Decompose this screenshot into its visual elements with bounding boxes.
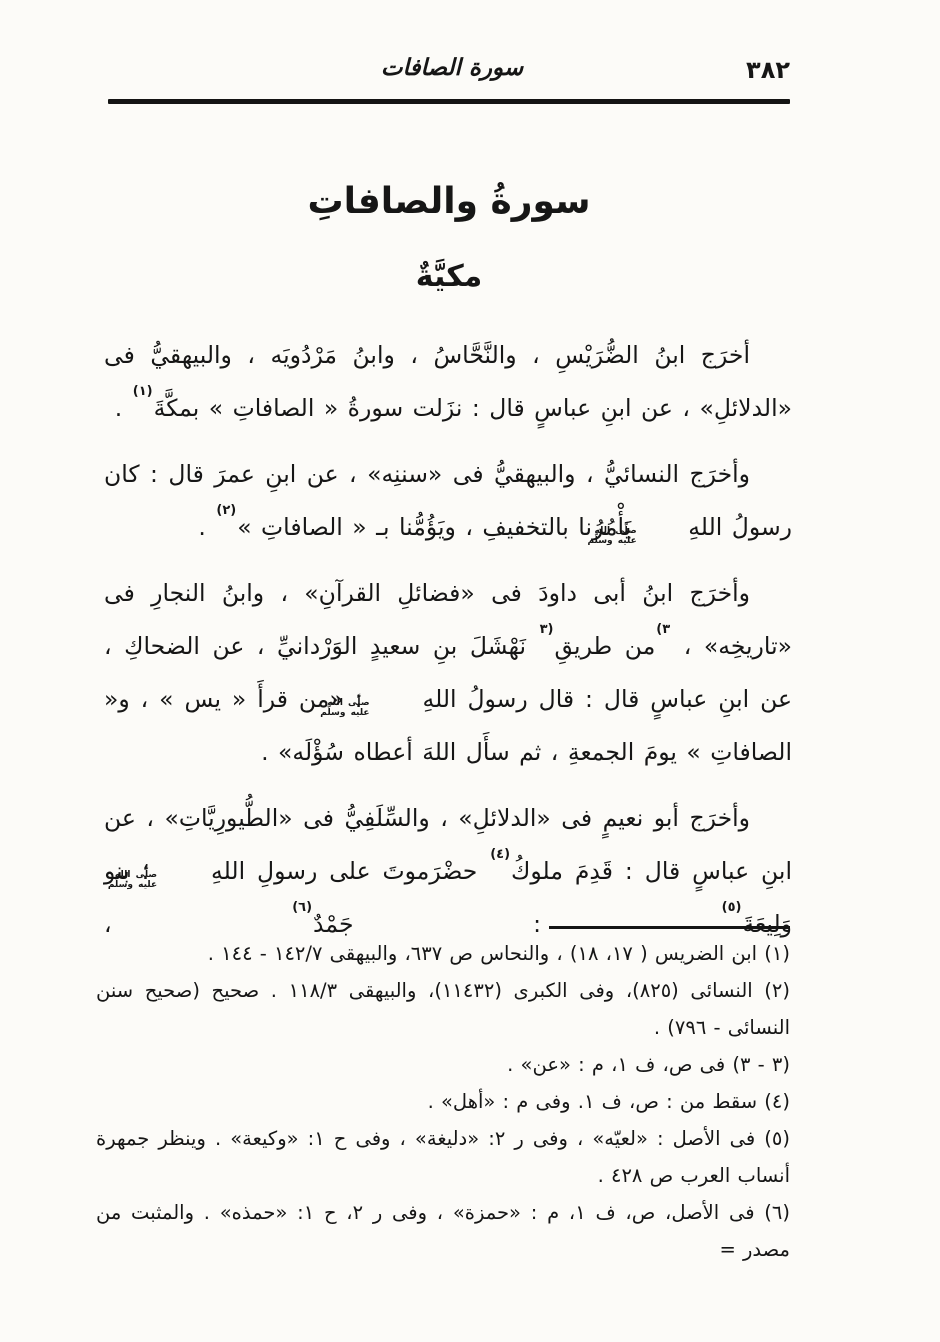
footnote: (٦) فى الأصل، ص، ف ١، م : «حمزة» ، وفى ر… [96, 1194, 790, 1268]
book-page: ٣٨٢ سورة الصافات سورةُ والصافاتِ مكيَّةٌ… [0, 0, 940, 1342]
footnote-marker: (٤) [489, 847, 511, 862]
footnote-separator [549, 926, 790, 929]
pbuh-symbol: صلَّى اللهعليه وسلَّم [641, 526, 679, 547]
footnote-marker: (٦) [291, 900, 313, 915]
body-paragraph: وأخرَج ابنُ أبى داودَ فى «فضائلِ القرآنِ… [104, 567, 792, 779]
footnote-marker: (١) [132, 384, 154, 399]
page-number: ٣٨٢ [746, 56, 790, 84]
footnote: (١) ابن الضريس ( ١٧، ١٨) ، والنحاس ص ٦٣٧… [96, 935, 790, 972]
footnote: (٥) فى الأصل : «لعيّه» ، وفى ر ٢: «دليغة… [96, 1120, 790, 1194]
body-paragraph: أخرَج ابنُ الضُّرَيْسِ ، والنَّحَّاسُ ، … [104, 329, 792, 435]
footnote-marker: ٣) [539, 622, 555, 637]
footnote-marker: (٣ [655, 622, 671, 637]
sura-subtitle: مكيَّةٌ [105, 259, 793, 294]
pbuh-symbol: صلَّى اللهعليه وسلَّم [374, 698, 412, 719]
footnote-marker: (٢) [215, 503, 237, 518]
footnotes: (١) ابن الضريس ( ١٧، ١٨) ، والنحاس ص ٦٣٧… [96, 935, 790, 1268]
footnote-marker: (٥) [721, 900, 743, 915]
footnote: (٢) النسائى (٨٢٥)، وفى الكبرى (١١٤٣٢)، و… [96, 972, 790, 1046]
header-rule [108, 99, 790, 104]
body-text: أخرَج ابنُ الضُّرَيْسِ ، والنَّحَّاسُ ، … [104, 329, 792, 964]
running-title: سورة الصافات [252, 55, 652, 81]
footnote: (٤) سقط من : ص، ف ١. وفى م : «أهل» . [96, 1083, 790, 1120]
body-paragraph: وأخرَج النسائيُّ ، والبيهقيُّ فى «سننِه»… [104, 448, 792, 554]
sura-title: سورةُ والصافاتِ [105, 181, 793, 222]
footnote: (٣ - ٣) فى ص، ف ١، م : «عن» . [96, 1046, 790, 1083]
pbuh-symbol: صلَّى اللهعليه وسلَّم [161, 870, 199, 891]
